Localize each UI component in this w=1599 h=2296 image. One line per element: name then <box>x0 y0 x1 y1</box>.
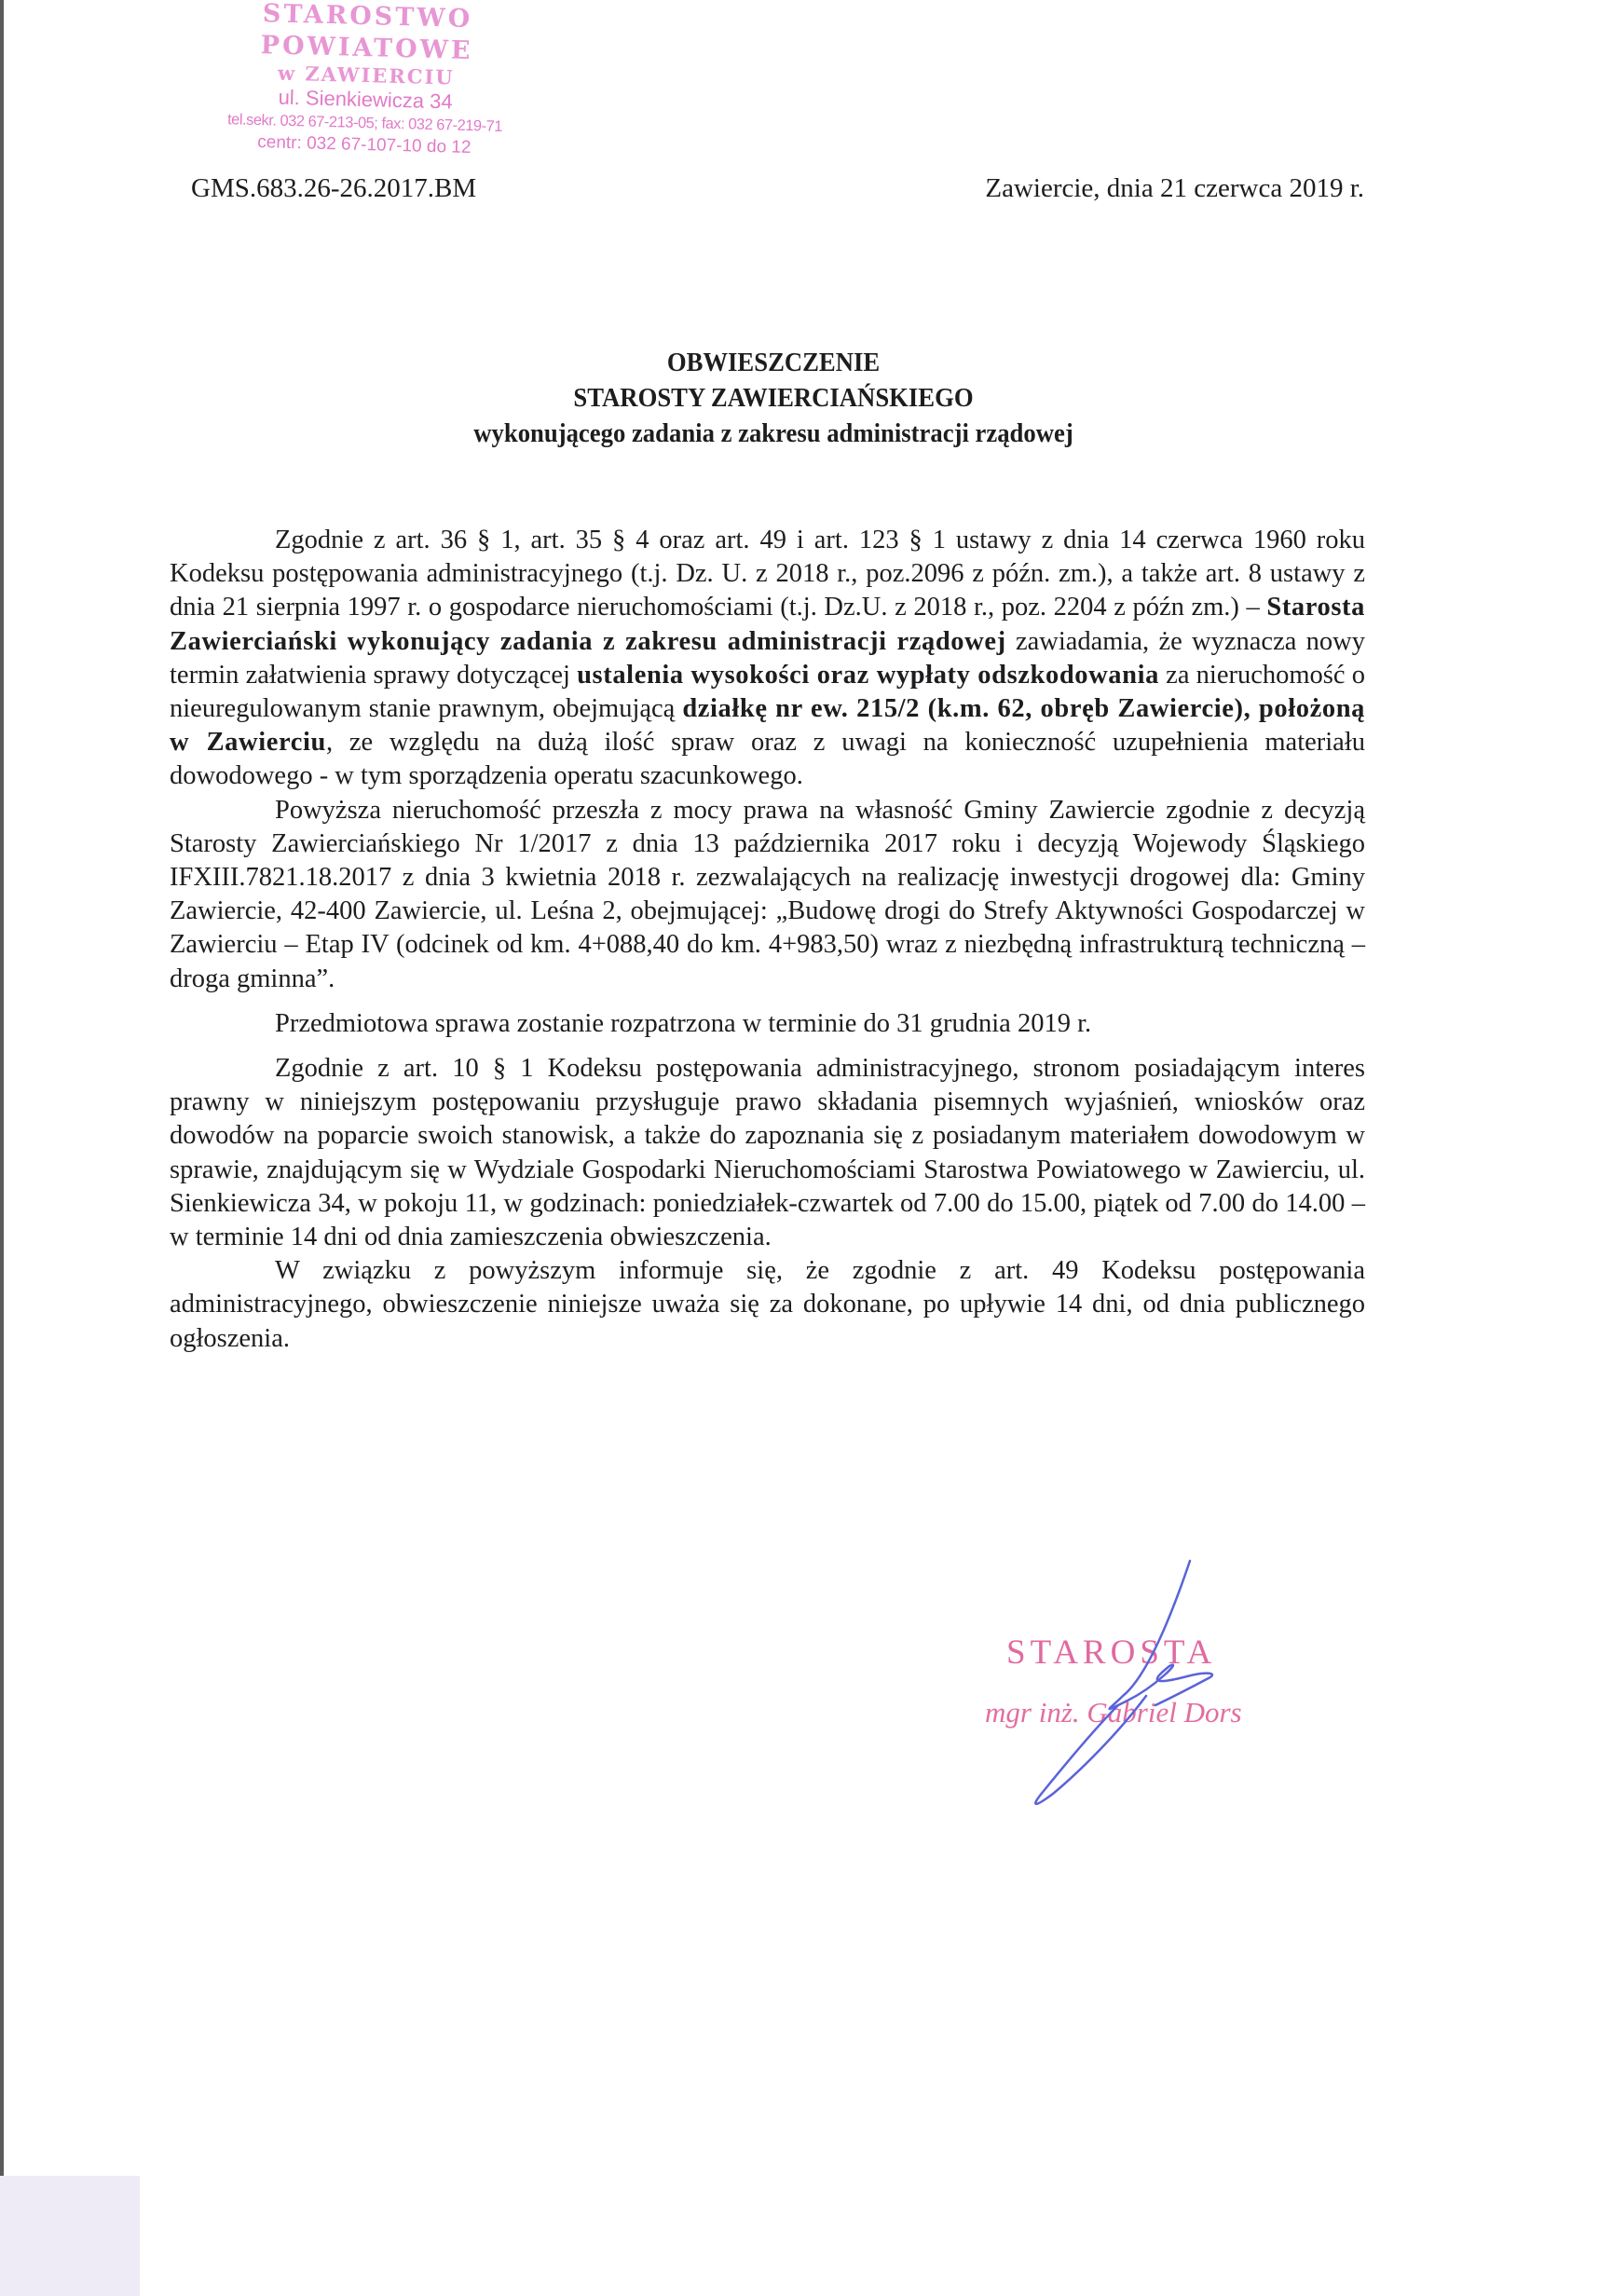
place-and-date: Zawiercie, dnia 21 czerwca 2019 r. <box>985 173 1364 204</box>
scan-edge <box>0 0 4 2296</box>
paragraph-notice-effect: W związku z powyższym informuje się, że … <box>170 1254 1365 1356</box>
office-stamp: STAROSTWO POWIATOWE w ZAWIERCIU ul. Sien… <box>183 0 550 161</box>
paragraph-legal-basis: Zgodnie z art. 36 § 1, art. 35 § 4 oraz … <box>170 524 1365 794</box>
paragraph-property: Powyższa nieruchomość przeszła z mocy pr… <box>170 794 1365 996</box>
text: Zgodnie z art. 36 § 1, art. 35 § 4 oraz … <box>170 526 1365 622</box>
document-title: OBWIESZCZENIE STAROSTY ZAWIERCIAŃSKIEGO … <box>61 345 1484 451</box>
title-line-1: OBWIESZCZENIE <box>61 345 1484 380</box>
scan-artifact <box>0 2176 140 2296</box>
paragraph-deadline: Przedmiotowa sprawa zostanie rozpatrzona… <box>170 1007 1365 1041</box>
stamp-office-name: STAROSTWO POWIATOWE <box>184 0 550 69</box>
paragraph-rights: Zgodnie z art. 10 § 1 Kodeksu postępowan… <box>170 1052 1365 1254</box>
text: , ze względu na dużą ilość spraw oraz z … <box>170 728 1365 790</box>
handwritten-signature-icon <box>969 1547 1360 1845</box>
title-line-3: wykonującego zadania z zakresu administr… <box>61 416 1484 451</box>
case-reference: GMS.683.26-26.2017.BM <box>191 173 476 204</box>
document-body: Zgodnie z art. 36 § 1, art. 35 § 4 oraz … <box>170 524 1365 1356</box>
bold-text: ustalenia wysokości oraz wypłaty odszkod… <box>577 661 1159 690</box>
title-line-2: STAROSTY ZAWIERCIAŃSKIEGO <box>61 380 1484 416</box>
